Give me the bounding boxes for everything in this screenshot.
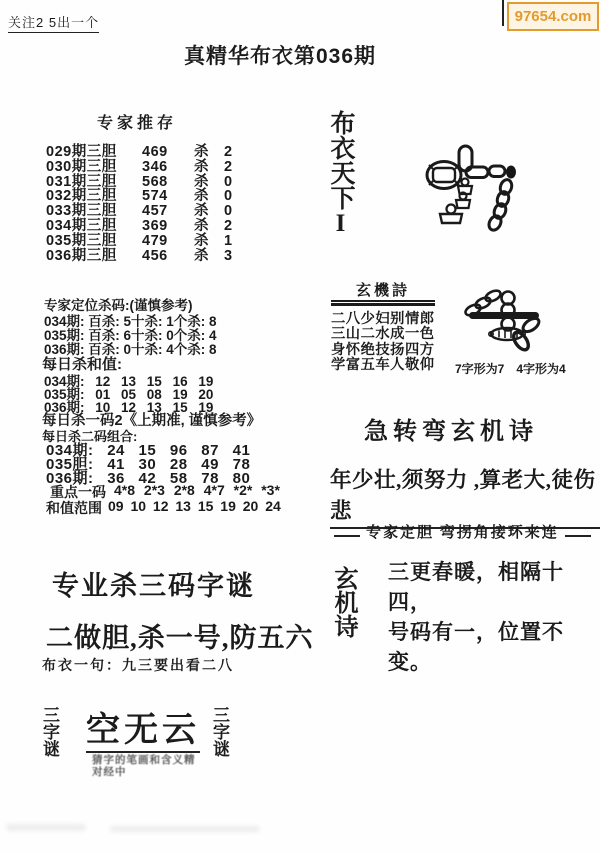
bead-drawing-47 (445, 283, 575, 359)
row-kill-value: 0 (224, 188, 233, 204)
daily-sum-row: 035期: 01 05 08 19 20 (44, 383, 213, 396)
double-rule-left (334, 527, 360, 537)
top-left-note: 关注2 5出一个 (8, 12, 99, 33)
row-kill-value: 3 (224, 248, 233, 264)
kill-position-row: 036期: 百杀: 0十杀: 4个杀: 8 (44, 338, 217, 352)
poem-line: 学富五车人敬仰 (331, 354, 435, 370)
scan-smudge (6, 824, 86, 831)
poem-line: 三更春暖，相隔十四， (388, 558, 600, 618)
daily-kill-two-row: 034期: 24 15 96 87 41 (46, 439, 250, 453)
expert-recommend-table: 029期三胆469杀2 030期三胆346杀2 031期三胆568杀0 032期… (46, 140, 233, 258)
double-rule-right (565, 527, 591, 537)
kill-position-row: 035期: 百杀: 6十杀: 0个杀: 4 (44, 324, 217, 338)
table-row: 036期三胆456杀3 (46, 244, 233, 259)
table-row: 032期三胆574杀0 (46, 184, 233, 199)
row-number: 568 (142, 174, 194, 190)
poem-line: 二八少妇别情郎 (331, 308, 435, 324)
row-number: 479 (142, 233, 194, 249)
row-kill-value: 2 (224, 144, 233, 160)
scan-smudge (110, 826, 260, 832)
poem-line: 身怀绝技扬四方 (331, 339, 435, 355)
daily-sum-row: 036期: 10 12 13 15 19 (44, 396, 213, 409)
table-row: 030期三胆346杀2 (46, 155, 233, 170)
row-kill-value: 2 (224, 218, 233, 234)
page-title: 真精华布衣第036期 (0, 40, 560, 70)
row-kill-value: 2 (224, 159, 233, 175)
mystic-poem2-lines: 三更春暖，相隔十四， 号码有一，位置不变。 (388, 558, 600, 678)
row-number: 456 (142, 248, 194, 264)
expert-recommend-heading: 专家推存 (97, 110, 177, 133)
three-char-riddle-label-right: 三字谜 (208, 706, 230, 757)
row-kill-label: 杀 (194, 244, 224, 265)
row-period: 036期三胆 (46, 244, 142, 265)
row-number: 369 (142, 218, 194, 234)
buyi-sentence: 布衣一句：九三要出看二八 (42, 655, 234, 675)
daily-kill-two-row: 035胆: 41 30 28 49 78 (46, 453, 250, 467)
row-number: 457 (142, 203, 194, 219)
poem-rule-line (331, 303, 435, 306)
table-row: 029期三胆469杀2 (46, 140, 233, 155)
sharp-turn-verse: 年少壮,须努力 ,算老大,徒伤悲 (330, 463, 600, 529)
sharp-turn-title: 急转弯玄机诗 (364, 411, 538, 446)
sum-range-label: 和值范围 (46, 498, 102, 518)
bead-drawing-97 (400, 130, 580, 260)
row-kill-value: 0 (224, 174, 233, 190)
dan-advice-line: 二做胆,杀一号,防五六 (46, 616, 314, 655)
sum-range-values: 09 10 12 13 15 19 20 24 (108, 498, 281, 518)
lottery-tip-sheet: 关注2 5出一个 97654.com 真精华布衣第036期 专家推存 029期三… (0, 0, 600, 852)
three-char-riddle-label-left: 三字谜 (38, 706, 60, 757)
row-number: 346 (142, 159, 194, 175)
poem-line: 三山二水成一色 (331, 323, 435, 339)
shape-caption: 7字形为7 4字形为4 (455, 360, 566, 377)
row-kill-value: 0 (224, 203, 233, 219)
table-row: 034期三胆369杀2 (46, 214, 233, 229)
riddle-hint-line: 猜字的笔画和含义精 (92, 754, 196, 766)
mystic-poem-title: 玄機詩 (331, 279, 435, 302)
kill-three-codes-riddle-title: 专业杀三码字谜 (52, 564, 255, 603)
table-row: 033期三胆457杀0 (46, 199, 233, 214)
sum-range-line: 和值范围 09 10 12 13 15 19 20 24 (46, 498, 281, 518)
three-char-riddle-answer: 空无云 (86, 702, 200, 753)
kill-position-row: 034期: 百杀: 5十杀: 1个杀: 8 (44, 310, 217, 324)
row-number: 574 (142, 188, 194, 204)
brand-vertical-title: 布衣天下I (324, 110, 354, 237)
riddle-hint-note: 猜字的笔画和含义精 对经中 (92, 754, 196, 778)
site-watermark-badge[interactable]: 97654.com (507, 2, 599, 31)
table-row: 035期三胆479杀1 (46, 229, 233, 244)
daily-sum-row: 034期: 12 13 15 16 19 (44, 370, 213, 383)
expert-dan-line: 专家定胆 弯拐角接环来连 (334, 521, 591, 542)
table-row: 031期三胆568杀0 (46, 170, 233, 185)
daily-kill-two-row: 036期: 36 42 58 78 80 (46, 467, 250, 481)
expert-dan-text: 专家定胆 弯拐角接环来连 (366, 521, 559, 542)
mystic-poem-block: 玄機詩 二八少妇别情郎 三山二水成一色 身怀绝技扬四方 学富五车人敬仰 (331, 279, 435, 370)
riddle-hint-line: 对经中 (92, 766, 196, 778)
header-divider-line (502, 0, 504, 26)
row-kill-value: 1 (224, 233, 233, 249)
poem-line: 号码有一，位置不变。 (388, 618, 600, 678)
mystic-poem2-vertical-title: 玄机诗 (331, 566, 359, 638)
row-number: 469 (142, 144, 194, 160)
